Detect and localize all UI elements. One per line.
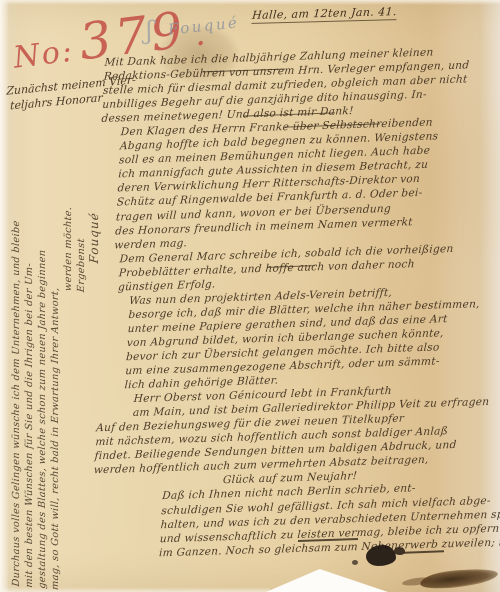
ink-blot [366, 545, 396, 566]
paragraph: Daß ich Ihnen nicht nach Berlin schrieb,… [95, 480, 471, 562]
paragraph: Was nun den projektirten Adels-Verein be… [86, 283, 481, 394]
letter-body: Mit Dank habe ich die halbjährige Zahlun… [69, 43, 495, 562]
marginal-text-line: gestaltung des Blattes, welche schon zum… [36, 120, 49, 589]
ink-blot [394, 547, 405, 555]
dateline: Halle, am 12ten Jan. 41. [251, 5, 397, 24]
marginal-text-line: werden möchte. [62, 123, 75, 292]
paper-tear-notch [266, 569, 388, 592]
archival-number-prefix: No: [12, 34, 76, 76]
paper-edge-top [0, 0, 500, 5]
marginal-text-line: Durchaus volles Gelingen wünsche ich dem… [10, 118, 23, 587]
ink-blot [352, 560, 358, 565]
handwritten-letter-scan: No: 379 . ʃ Fouqué Halle, am 12ten Jan. … [0, 0, 500, 592]
marginal-text-line: mag, so Gott will, recht bald in Erwartu… [49, 121, 62, 590]
marginal-text-line: mit den besten Wünschen für Sie und die … [23, 119, 36, 588]
strikethrough-stroke [404, 550, 444, 553]
paragraph: Den Klagen des Herrn Franke über Selbsts… [84, 114, 491, 253]
